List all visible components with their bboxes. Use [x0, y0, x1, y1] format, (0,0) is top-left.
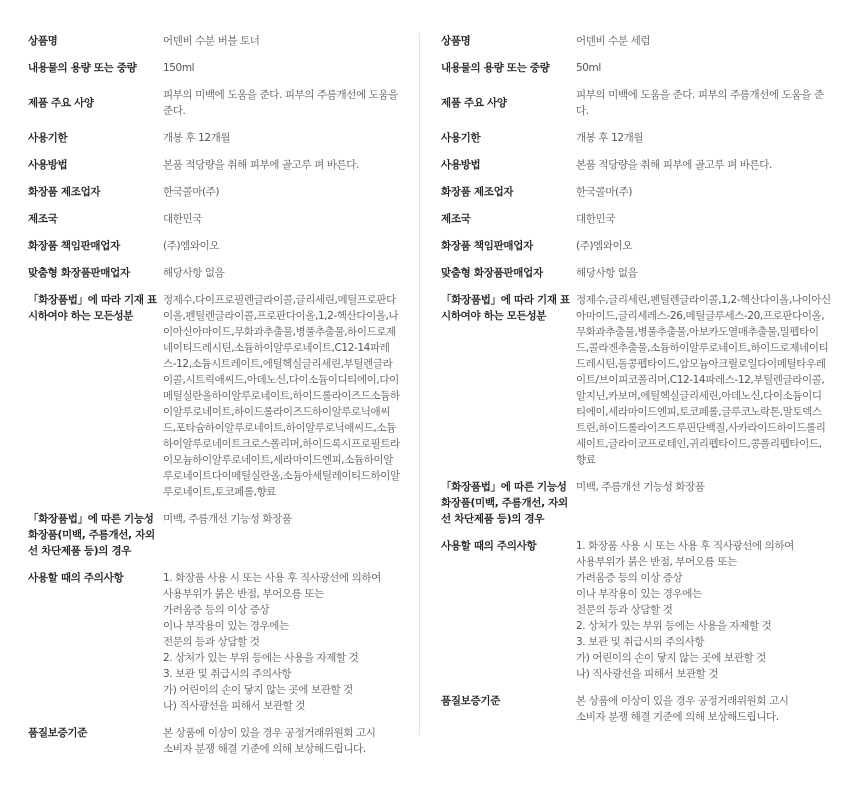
row-custom-seller: 맞춤형 화장품판매업자 해당사항 없음	[28, 265, 400, 292]
column-divider	[419, 33, 420, 735]
ingredients-value: 정제수,글리세린,펜틸렌글라이콜,1,2-헥산다이올,나이아신아마이드,글리세레…	[576, 292, 831, 479]
row-main-spec: 제품 주요 사양 피부의 미백에 도움을 준다. 피부의 주름개선에 도움을 준…	[28, 87, 400, 130]
row-product-name: 상품명 어덴비 수분 버블 토너	[28, 33, 400, 60]
precaution-line: 사용부위가 붉은 반점, 부어오름 또는	[163, 586, 400, 602]
row-precautions: 사용할 때의 주의사항 1. 화장품 사용 시 또는 사용 후 직사광선에 의하…	[28, 570, 400, 725]
value: (주)엠와이오	[163, 238, 400, 265]
value: 50ml	[576, 60, 831, 87]
precaution-line: 가려움증 등의 이상 증상	[576, 570, 831, 586]
precaution-line: 가) 어린이의 손이 닿지 않는 곳에 보관할 것	[163, 682, 400, 698]
value: 150ml	[163, 60, 400, 87]
label: 맞춤형 화장품판매업자	[28, 265, 163, 292]
label: 내용물의 용량 또는 중량	[28, 60, 163, 87]
value: 해당사항 없음	[163, 265, 400, 292]
label: 화장품 책임판매업자	[28, 238, 163, 265]
product-info-toner: 상품명 어덴비 수분 버블 토너 내용물의 용량 또는 중량 150ml 제품 …	[28, 33, 400, 768]
precaution-line: 전문의 등과 상담할 것	[576, 602, 831, 618]
precaution-line: 사용부위가 붉은 반점, 부어오름 또는	[576, 554, 831, 570]
precautions-value: 1. 화장품 사용 시 또는 사용 후 직사광선에 의하여 사용부위가 붉은 반…	[576, 538, 831, 693]
value: 미백, 주름개선 기능성 화장품	[163, 511, 400, 570]
product-info-table: 상품명 어덴비 수분 세럼 내용물의 용량 또는 중량 50ml 제품 주요 사…	[441, 33, 831, 736]
precaution-line: 전문의 등과 상담할 것	[163, 634, 400, 650]
precaution-line: 3. 보관 및 취급시의 주의사항	[576, 634, 831, 650]
row-main-spec: 제품 주요 사양 피부의 미백에 도움을 준다. 피부의 주름개선에 도움을 준…	[441, 87, 831, 130]
value: 본품 적당량을 취해 피부에 골고루 펴 바른다.	[576, 157, 831, 184]
value: 피부의 미백에 도움을 준다. 피부의 주름개선에 도움을 준다.	[576, 87, 831, 130]
row-expiry: 사용기한 개봉 후 12개월	[441, 130, 831, 157]
quality-value: 본 상품에 이상이 있을 경우 공정거래위원회 고시 소비자 분쟁 해결 기준에…	[576, 693, 831, 736]
precaution-line: 나) 직사광선을 피해서 보관할 것	[576, 666, 831, 682]
precaution-line: 이나 부작용이 있는 경우에는	[163, 618, 400, 634]
row-volume: 내용물의 용량 또는 중량 150ml	[28, 60, 400, 87]
quality-line: 소비자 분쟁 해결 기준에 의해 보상해드립니다.	[576, 709, 831, 725]
label: 제조국	[441, 211, 576, 238]
label: 사용할 때의 주의사항	[28, 570, 163, 725]
row-functional: 「화장품법」에 따른 기능성 화장품(미백, 주름개선, 자외선 차단제품 등)…	[441, 479, 831, 538]
label: 「화장품법」에 따라 기재 표시하여야 하는 모든성분	[441, 292, 576, 479]
precaution-line: 2. 상처가 있는 부위 등에는 사용을 자제할 것	[576, 618, 831, 634]
value: 개봉 후 12개월	[163, 130, 400, 157]
row-seller: 화장품 책임판매업자 (주)엠와이오	[441, 238, 831, 265]
value: 피부의 미백에 도움을 준다. 피부의 주름개선에 도움을 준다.	[163, 87, 400, 130]
label: 사용기한	[28, 130, 163, 157]
row-custom-seller: 맞춤형 화장품판매업자 해당사항 없음	[441, 265, 831, 292]
row-ingredients: 「화장품법」에 따라 기재 표시하여야 하는 모든성분 정제수,글리세린,펜틸렌…	[441, 292, 831, 479]
value: (주)엠와이오	[576, 238, 831, 265]
row-quality-guarantee: 품질보증기준 본 상품에 이상이 있을 경우 공정거래위원회 고시 소비자 분쟁…	[441, 693, 831, 736]
value: 대한민국	[163, 211, 400, 238]
label: 제품 주요 사양	[441, 87, 576, 130]
label: 맞춤형 화장품판매업자	[441, 265, 576, 292]
label: 「화장품법」에 따른 기능성 화장품(미백, 주름개선, 자외선 차단제품 등)…	[441, 479, 576, 538]
label: 사용방법	[28, 157, 163, 184]
row-seller: 화장품 책임판매업자 (주)엠와이오	[28, 238, 400, 265]
label: 상품명	[441, 33, 576, 60]
label: 제조국	[28, 211, 163, 238]
row-expiry: 사용기한 개봉 후 12개월	[28, 130, 400, 157]
value: 개봉 후 12개월	[576, 130, 831, 157]
label: 화장품 제조업자	[441, 184, 576, 211]
label: 상품명	[28, 33, 163, 60]
ingredients-value: 정제수,다이프로필렌글라이콜,글리세린,메틸프로판다이올,펜틸렌글라이콜,프로판…	[163, 292, 400, 511]
label: 사용할 때의 주의사항	[441, 538, 576, 693]
label: 화장품 제조업자	[28, 184, 163, 211]
quality-line: 소비자 분쟁 해결 기준에 의해 보상해드립니다.	[163, 741, 400, 757]
label: 화장품 책임판매업자	[441, 238, 576, 265]
row-functional: 「화장품법」에 따른 기능성 화장품(미백, 주름개선, 자외선 차단제품 등)…	[28, 511, 400, 570]
precaution-line: 3. 보관 및 취급시의 주의사항	[163, 666, 400, 682]
precaution-line: 이나 부작용이 있는 경우에는	[576, 586, 831, 602]
precaution-line: 1. 화장품 사용 시 또는 사용 후 직사광선에 의하여	[163, 570, 400, 586]
row-usage: 사용방법 본품 적당량을 취해 피부에 골고루 펴 바른다.	[441, 157, 831, 184]
label: 품질보증기준	[28, 725, 163, 768]
precautions-value: 1. 화장품 사용 시 또는 사용 후 직사광선에 의하여 사용부위가 붉은 반…	[163, 570, 400, 725]
row-product-name: 상품명 어덴비 수분 세럼	[441, 33, 831, 60]
label: 제품 주요 사양	[28, 87, 163, 130]
precaution-line: 2. 상처가 있는 부위 등에는 사용을 자제할 것	[163, 650, 400, 666]
value: 본품 적당량을 취해 피부에 골고루 펴 바른다.	[163, 157, 400, 184]
row-volume: 내용물의 용량 또는 중량 50ml	[441, 60, 831, 87]
value: 해당사항 없음	[576, 265, 831, 292]
label: 내용물의 용량 또는 중량	[441, 60, 576, 87]
precaution-line: 가려움증 등의 이상 증상	[163, 602, 400, 618]
quality-line: 본 상품에 이상이 있을 경우 공정거래위원회 고시	[163, 725, 400, 741]
value: 미백, 주름개선 기능성 화장품	[576, 479, 831, 538]
row-usage: 사용방법 본품 적당량을 취해 피부에 골고루 펴 바른다.	[28, 157, 400, 184]
product-info-table: 상품명 어덴비 수분 버블 토너 내용물의 용량 또는 중량 150ml 제품 …	[28, 33, 400, 768]
row-manufacturer: 화장품 제조업자 한국콜마(주)	[441, 184, 831, 211]
row-quality-guarantee: 품질보증기준 본 상품에 이상이 있을 경우 공정거래위원회 고시 소비자 분쟁…	[28, 725, 400, 768]
value: 대한민국	[576, 211, 831, 238]
row-manufacturer: 화장품 제조업자 한국콜마(주)	[28, 184, 400, 211]
row-country: 제조국 대한민국	[28, 211, 400, 238]
value: 한국콜마(주)	[576, 184, 831, 211]
precaution-line: 1. 화장품 사용 시 또는 사용 후 직사광선에 의하여	[576, 538, 831, 554]
label: 「화장품법」에 따른 기능성 화장품(미백, 주름개선, 자외선 차단제품 등)…	[28, 511, 163, 570]
row-precautions: 사용할 때의 주의사항 1. 화장품 사용 시 또는 사용 후 직사광선에 의하…	[441, 538, 831, 693]
label: 사용방법	[441, 157, 576, 184]
quality-line: 본 상품에 이상이 있을 경우 공정거래위원회 고시	[576, 693, 831, 709]
value: 한국콜마(주)	[163, 184, 400, 211]
value: 어덴비 수분 버블 토너	[163, 33, 400, 60]
product-info-serum: 상품명 어덴비 수분 세럼 내용물의 용량 또는 중량 50ml 제품 주요 사…	[441, 33, 831, 736]
value: 어덴비 수분 세럼	[576, 33, 831, 60]
label: 사용기한	[441, 130, 576, 157]
label: 「화장품법」에 따라 기재 표시하여야 하는 모든성분	[28, 292, 163, 511]
quality-value: 본 상품에 이상이 있을 경우 공정거래위원회 고시 소비자 분쟁 해결 기준에…	[163, 725, 400, 768]
precaution-line: 나) 직사광선을 피해서 보관할 것	[163, 698, 400, 714]
row-country: 제조국 대한민국	[441, 211, 831, 238]
row-ingredients: 「화장품법」에 따라 기재 표시하여야 하는 모든성분 정제수,다이프로필렌글라…	[28, 292, 400, 511]
precaution-line: 가) 어린이의 손이 닿지 않는 곳에 보관할 것	[576, 650, 831, 666]
label: 품질보증기준	[441, 693, 576, 736]
